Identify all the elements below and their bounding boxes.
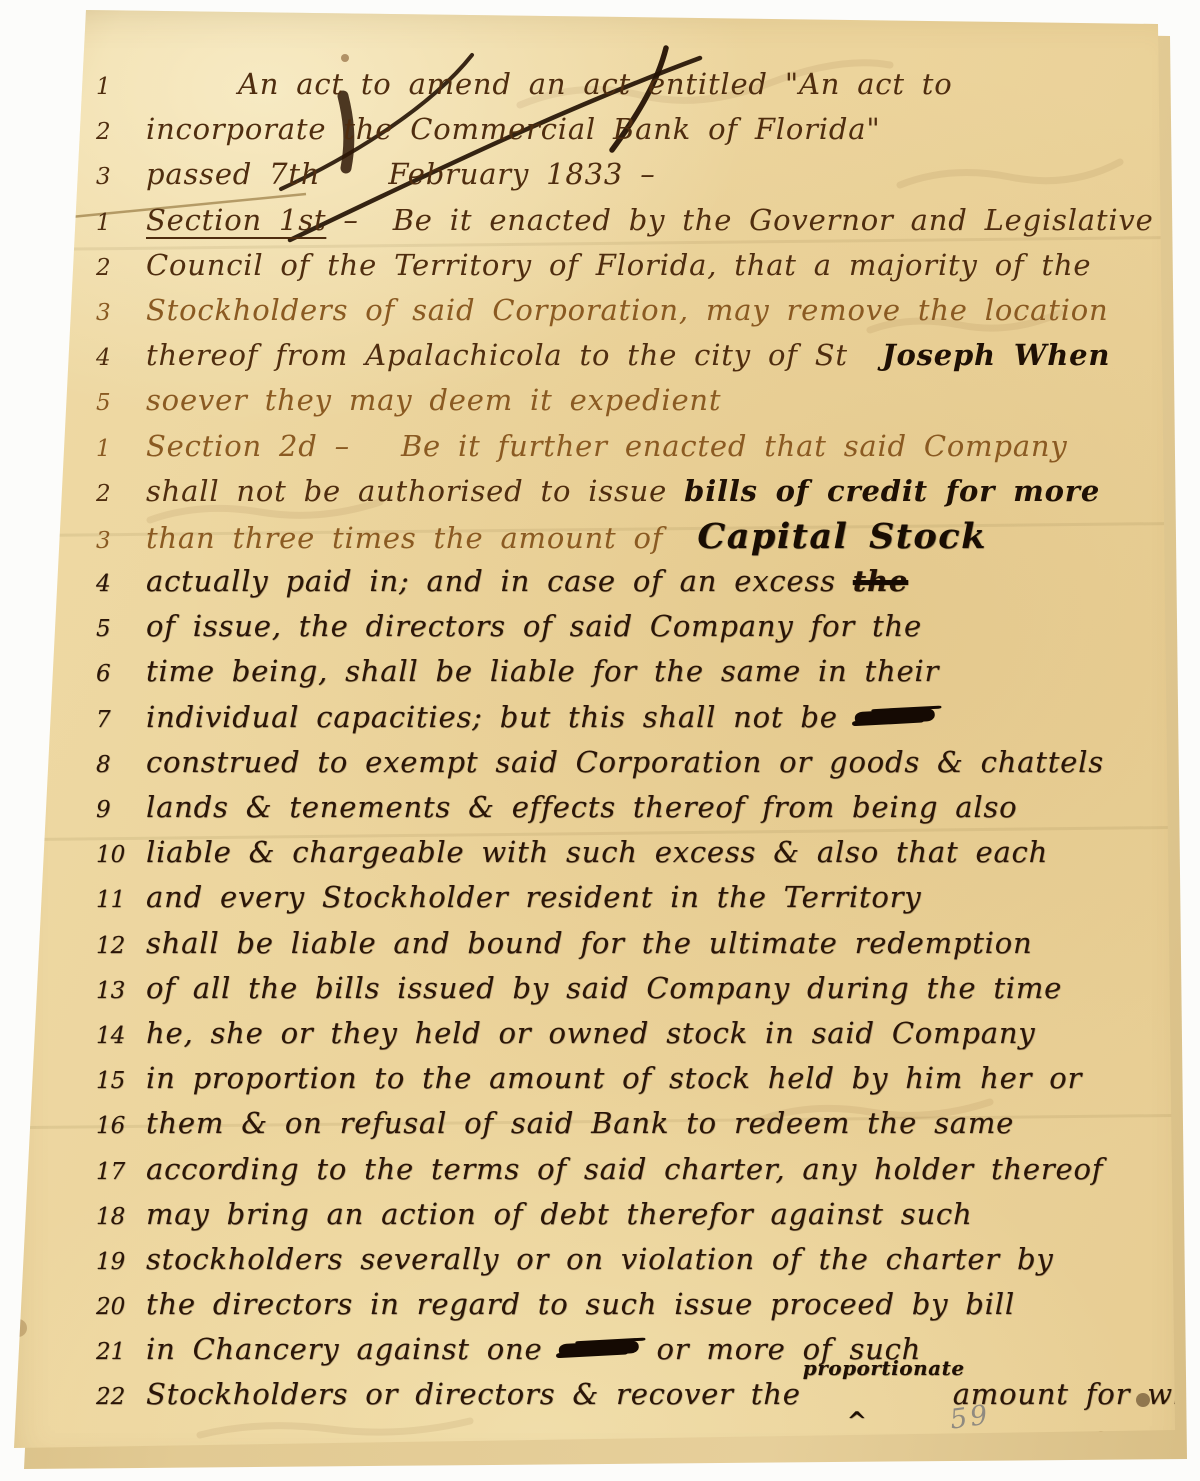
text-segment: bills of credit for more <box>684 474 1100 508</box>
line-number: 2 <box>96 472 146 517</box>
text-segment: Joseph When <box>882 338 1110 372</box>
line-number: 15 <box>96 1059 146 1104</box>
line-text: in proportion to the amount of stock hel… <box>146 1056 1082 1101</box>
line-number: 1 <box>96 65 146 110</box>
text-segment: lands & tenements & effects thereof from… <box>146 790 1017 824</box>
manuscript-line: 3than three times the amount of Capital … <box>96 514 1164 559</box>
manuscript-line: 2shall not be authorised to issue bills … <box>96 469 1164 514</box>
manuscript-line: 9lands & tenements & effects thereof fro… <box>96 785 1164 830</box>
line-number: 6 <box>96 652 146 697</box>
insertion-word: proportionate <box>803 1346 965 1391</box>
text-segment: actually paid in; and in case of an exce… <box>146 564 853 598</box>
manuscript-line: 5of issue, the directors of said Company… <box>96 604 1164 649</box>
line-number: 7 <box>96 698 146 743</box>
manuscript-line: 18may bring an action of debt therefor a… <box>96 1192 1164 1237</box>
line-number: 1 <box>96 427 146 472</box>
manuscript-line: 5soever they may deem it expedient <box>96 378 1164 423</box>
text-segment: and every Stockholder resident in the Te… <box>146 880 922 914</box>
manuscript-line: 17according to the terms of said charter… <box>96 1147 1164 1192</box>
line-text: Stockholders of said Corporation, may re… <box>146 288 1109 333</box>
text-segment: individual capacities; but this shall no… <box>146 700 855 734</box>
manuscript-line: 19stockholders severally or on violation… <box>96 1237 1164 1282</box>
line-text: of issue, the directors of said Company … <box>146 604 922 649</box>
manuscript-line: 1Section 2d – Be it further enacted that… <box>96 424 1164 469</box>
text-segment: he, she or they held or owned stock in s… <box>146 1016 1035 1050</box>
text-segment: of all the bills issued by said Company … <box>146 971 1062 1005</box>
line-text: Section 1st – Be it enacted by the Gover… <box>146 198 1154 243</box>
line-text: construed to exempt said Corporation or … <box>146 740 1104 785</box>
line-text: shall be liable and bound for the ultima… <box>146 921 1033 966</box>
manuscript-line: 20the directors in regard to such issue … <box>96 1282 1164 1327</box>
line-text: soever they may deem it expedient <box>146 378 721 423</box>
manuscript-line: 12shall be liable and bound for the ulti… <box>96 921 1164 966</box>
text-segment: than three times the amount of <box>146 521 697 555</box>
line-number: 14 <box>96 1014 146 1059</box>
text-segment: shall not be authorised to issue <box>146 474 684 508</box>
text-segment: according to the terms of said charter, … <box>146 1152 1103 1186</box>
text-segment: shall be liable and bound for the ultima… <box>146 926 1033 960</box>
manuscript-line: 3passed 7th February 1833 – <box>96 152 1164 197</box>
line-text: them & on refusal of said Bank to redeem… <box>146 1101 1014 1146</box>
section-2-block: 1Section 2d – Be it further enacted that… <box>96 424 1164 1418</box>
text-segment: Stockholders or directors & recover the <box>146 1377 801 1411</box>
manuscript-line: 22Stockholders or directors & recover th… <box>96 1372 1164 1417</box>
line-number: 5 <box>96 607 146 652</box>
manuscript-line: 2incorporate the Commercial Bank of Flor… <box>96 107 1164 152</box>
line-text: the directors in regard to such issue pr… <box>146 1282 1015 1327</box>
line-number: 11 <box>96 878 146 923</box>
line-text: actually paid in; and in case of an exce… <box>146 559 908 604</box>
line-text: Stockholders or directors & recover thep… <box>146 1372 1200 1417</box>
line-number: 18 <box>96 1195 146 1240</box>
text-segment: thereof from Apalachicola to the city of… <box>146 338 882 372</box>
text-segment: Stockholders of said Corporation, may re… <box>146 293 1109 327</box>
manuscript-line: 21in Chancery against one or more of suc… <box>96 1327 1164 1372</box>
ink-blot <box>559 1340 640 1357</box>
line-number: 21 <box>96 1330 146 1375</box>
text-segment: amount for which <box>953 1377 1200 1411</box>
line-text: than three times the amount of Capital S… <box>146 514 987 561</box>
manuscript-line: 4actually paid in; and in case of an exc… <box>96 559 1164 604</box>
text-segment: time being, shall be liable for the same… <box>146 654 939 688</box>
line-number: 22 <box>96 1375 146 1420</box>
text-segment: in Chancery against one <box>146 1332 559 1366</box>
text-segment: Capital Stock <box>697 516 986 557</box>
manuscript-line: 15in proportion to the amount of stock h… <box>96 1056 1164 1101</box>
manuscript-line: 10liable & chargeable with such excess &… <box>96 830 1164 875</box>
line-text: and every Stockholder resident in the Te… <box>146 875 922 920</box>
text-segment: in proportion to the amount of stock hel… <box>146 1061 1082 1095</box>
text-segment: – Be it enacted by the Governor and Legi… <box>326 203 1153 237</box>
text-segment: liable & chargeable with such excess & a… <box>146 835 1048 869</box>
line-number: 13 <box>96 969 146 1014</box>
line-number: 9 <box>96 788 146 833</box>
line-number: 4 <box>96 336 146 381</box>
manuscript-line: 8construed to exempt said Corporation or… <box>96 740 1164 785</box>
line-number: 3 <box>96 155 146 200</box>
text-segment: Section 2d – Be it further enacted that … <box>146 429 1068 463</box>
line-number: 20 <box>96 1285 146 1330</box>
line-text: he, she or they held or owned stock in s… <box>146 1011 1035 1056</box>
line-number: 4 <box>96 562 146 607</box>
line-number: 8 <box>96 743 146 788</box>
heading-block: 1An act to amend an act entitled "An act… <box>96 62 1164 198</box>
manuscript-line: 16them & on refusal of said Bank to rede… <box>96 1101 1164 1146</box>
manuscript-line: 1An act to amend an act entitled "An act… <box>96 62 1164 107</box>
scanned-document: 1An act to amend an act entitled "An act… <box>0 0 1200 1481</box>
line-text: may bring an action of debt therefor aga… <box>146 1192 972 1237</box>
text-segment: Section 1st <box>146 203 326 237</box>
line-number: 2 <box>96 246 146 291</box>
text-segment: may bring an action of debt therefor aga… <box>146 1197 972 1231</box>
manuscript-line: 11and every Stockholder resident in the … <box>96 875 1164 920</box>
manuscript-text: 1An act to amend an act entitled "An act… <box>96 62 1164 1418</box>
line-text: shall not be authorised to issue bills o… <box>146 469 1100 514</box>
text-segment: the <box>853 564 908 598</box>
text-segment: soever they may deem it expedient <box>146 383 721 417</box>
line-number: 12 <box>96 924 146 969</box>
line-number: 3 <box>96 519 146 564</box>
text-segment: Council of the Territory of Florida, tha… <box>146 248 1091 282</box>
line-text: thereof from Apalachicola to the city of… <box>146 333 1110 378</box>
line-number: 5 <box>96 381 146 426</box>
line-text: individual capacities; but this shall no… <box>146 695 935 740</box>
text-segment: them & on refusal of said Bank to redeem… <box>146 1106 1014 1140</box>
manuscript-line: 1Section 1st – Be it enacted by the Gove… <box>96 198 1164 243</box>
line-text: stockholders severally or on violation o… <box>146 1237 1054 1282</box>
line-text: time being, shall be liable for the same… <box>146 649 939 694</box>
page-number-pencil: 59 <box>948 1399 992 1435</box>
text-segment: of issue, the directors of said Company … <box>146 609 922 643</box>
manuscript-page: 1An act to amend an act entitled "An act… <box>0 0 1200 1481</box>
line-number: 2 <box>96 110 146 155</box>
text-segment: passed 7th February 1833 – <box>146 157 656 191</box>
insertion: proportionate^ <box>801 1402 953 1404</box>
line-text: An act to amend an act entitled "An act … <box>146 62 953 107</box>
line-text: incorporate the Commercial Bank of Flori… <box>146 107 880 152</box>
line-number: 10 <box>96 833 146 878</box>
text-segment: construed to exempt said Corporation or … <box>146 745 1104 779</box>
manuscript-line: 3Stockholders of said Corporation, may r… <box>96 288 1164 333</box>
line-text: liable & chargeable with such excess & a… <box>146 830 1048 875</box>
line-text: lands & tenements & effects thereof from… <box>146 785 1017 830</box>
line-text: according to the terms of said charter, … <box>146 1147 1103 1192</box>
line-text: Council of the Territory of Florida, tha… <box>146 243 1091 288</box>
line-number: 17 <box>96 1150 146 1195</box>
line-number: 16 <box>96 1104 146 1149</box>
text-segment: the directors in regard to such issue pr… <box>146 1287 1015 1321</box>
manuscript-line: 7individual capacities; but this shall n… <box>96 695 1164 740</box>
line-text: of all the bills issued by said Company … <box>146 966 1062 1011</box>
manuscript-line: 13of all the bills issued by said Compan… <box>96 966 1164 1011</box>
line-number: 1 <box>96 201 146 246</box>
section-1-block: 1Section 1st – Be it enacted by the Gove… <box>96 198 1164 424</box>
line-number: 19 <box>96 1240 146 1285</box>
text-segment: incorporate the Commercial Bank of Flori… <box>146 112 880 146</box>
line-text: Section 2d – Be it further enacted that … <box>146 424 1068 469</box>
line-number: 3 <box>96 291 146 336</box>
manuscript-line: 2Council of the Territory of Florida, th… <box>96 243 1164 288</box>
text-segment: stockholders severally or on violation o… <box>146 1242 1054 1276</box>
manuscript-line: 14he, she or they held or owned stock in… <box>96 1011 1164 1056</box>
text-segment: An act to amend an act entitled "An act … <box>238 67 953 101</box>
ink-blot <box>854 708 935 725</box>
line-text: passed 7th February 1833 – <box>146 152 656 197</box>
manuscript-line: 4thereof from Apalachicola to the city o… <box>96 333 1164 378</box>
manuscript-line: 6time being, shall be liable for the sam… <box>96 649 1164 694</box>
